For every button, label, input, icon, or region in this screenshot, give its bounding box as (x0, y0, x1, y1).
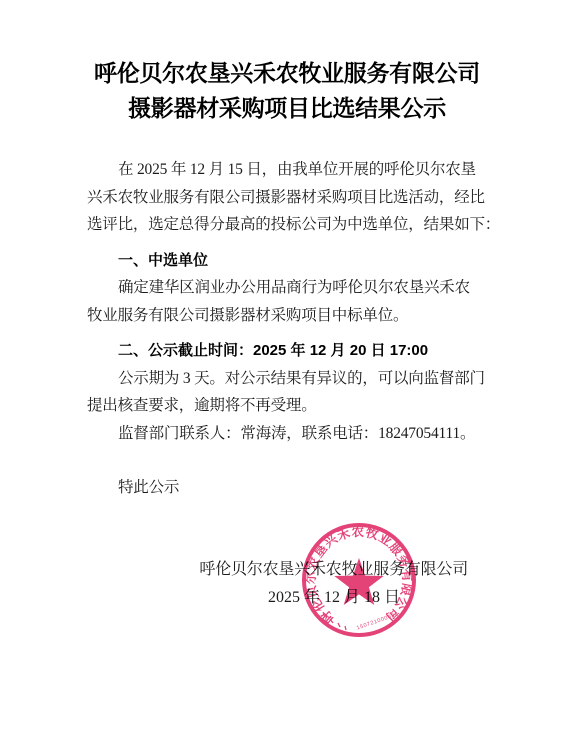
paragraph-intro-line: 选评比，选定总得分最高的投标公司为中选单位，结果如下： (87, 211, 491, 239)
seal-star-icon (334, 558, 383, 605)
document-title-line2: 摄影器材采购项目比选结果公示 (85, 91, 489, 126)
section-heading-winner: 一、中选单位 (87, 247, 491, 275)
paragraph-intro-line: 在 2025 年 12 月 15 日，由我单位开展的呼伦贝尔农垦 (87, 156, 491, 184)
closing-statement: 特此公示 (87, 474, 491, 502)
paragraph-winner-line: 牧业服务有限公司摄影器材采购项目中标单位。 (87, 302, 491, 330)
document-body: 在 2025 年 12 月 15 日，由我单位开展的呼伦贝尔农垦 兴禾农牧业服务… (87, 156, 491, 502)
paragraph-winner-line: 确定建华区润业办公用品商行为呼伦贝尔农垦兴禾农 (87, 274, 491, 302)
section-heading-deadline: 二、公示截止时间：2025 年 12 月 20 日 17:00 (87, 337, 491, 365)
company-seal-stamp-icon: 呼伦贝尔农垦兴禾农牧业服务有限公司 150721000038 (297, 518, 421, 642)
announcement-document-page: 呼伦贝尔农垦兴禾农牧业服务有限公司 摄影器材采购项目比选结果公示 在 2025 … (0, 0, 573, 741)
document-title: 呼伦贝尔农垦兴禾农牧业服务有限公司 摄影器材采购项目比选结果公示 (85, 56, 489, 126)
paragraph-contact: 监督部门联系人：常海涛，联系电话：18247054111。 (87, 420, 491, 448)
paragraph-objection-line: 公示期为 3 天。对公示结果有异议的，可以向监督部门 (87, 365, 491, 393)
paragraph-objection-line: 提出核查要求，逾期将不再受理。 (87, 392, 491, 420)
paragraph-intro-line: 兴禾农牧业服务有限公司摄影器材采购项目比选活动，经比 (87, 184, 491, 212)
document-title-line1: 呼伦贝尔农垦兴禾农牧业服务有限公司 (85, 56, 489, 91)
